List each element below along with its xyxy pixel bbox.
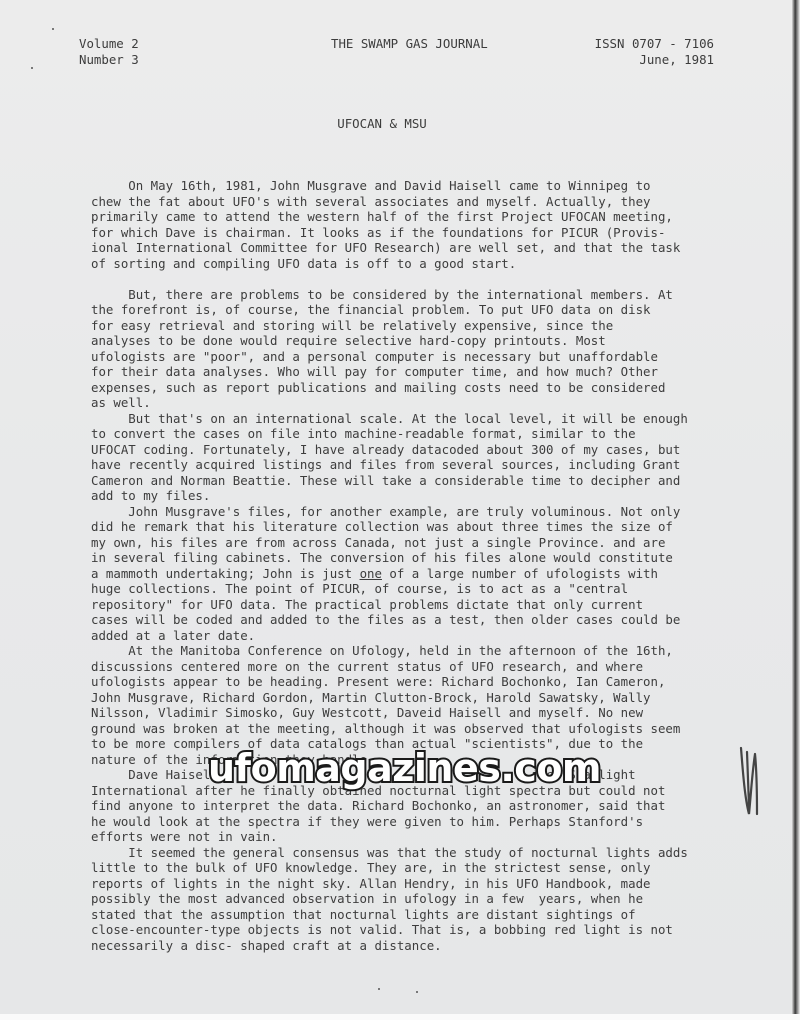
paragraph-gap [91,271,731,287]
text-line: he would look at the spectra if they wer… [91,814,731,830]
text-line: the forefront is, of course, the financi… [91,302,731,318]
text-line: primarily came to attend the western hal… [91,209,731,225]
text-line: for their data analyses. Who will pay fo… [91,364,731,380]
text-line: repository" for UFO data. The practical … [91,597,731,613]
journal-title: THE SWAMP GAS JOURNAL [331,36,488,52]
text-line: cases will be coded and added to the fil… [91,612,731,628]
text-line: as well. [91,395,731,411]
underlined-word: one [360,566,382,581]
text-line: But, there are problems to be considered… [91,287,731,303]
paragraph: It seemed the general consensus was that… [91,845,731,954]
document-page: Volume 2Number 3 THE SWAMP GAS JOURNAL I… [0,0,792,1014]
watermark: ufomagazines.com ufomagazines.com [208,748,578,788]
text-line: did he remark that his literature collec… [91,519,731,535]
text-line: possibly the most advanced observation i… [91,891,731,907]
text-line: a mammoth undertaking; John is just one … [91,566,731,582]
paper-speck [52,28,54,30]
publication-info: ISSN 0707 - 7106June, 1981 [588,36,714,68]
text-line: find anyone to interpret the data. Richa… [91,798,731,814]
paragraph: But, there are problems to be considered… [91,287,731,411]
text-line: to convert the cases on file into machin… [91,426,731,442]
text-line: At the Manitoba Conference on Ufology, h… [91,643,731,659]
date-label: June, 1981 [588,52,714,68]
text-line: add to my files. [91,488,731,504]
issn-label: ISSN 0707 - 7106 [588,36,714,52]
number-label: Number 3 [79,52,139,68]
text-line: But that's on an international scale. At… [91,411,731,427]
text-line: added at a later date. [91,628,731,644]
text-line: discussions centered more on the current… [91,659,731,675]
text-line: necessarily a disc- shaped craft at a di… [91,938,731,954]
text-line: Nilsson, Vladimir Simosko, Guy Westcott,… [91,705,731,721]
text-line: chew the fat about UFO's with several as… [91,194,731,210]
text-line: analyses to be done would require select… [91,333,731,349]
paragraph: But that's on an international scale. At… [91,411,731,504]
text-line: reports of lights in the night sky. Alla… [91,876,731,892]
text-line: in several filing cabinets. The conversi… [91,550,731,566]
text-line: for which Dave is chairman. It looks as … [91,225,731,241]
text-line: John Musgrave's files, for another examp… [91,504,731,520]
page-bottom-edge [0,1014,800,1020]
text-line: ground was broken at the meeting, althou… [91,721,731,737]
paper-speck [378,988,380,990]
volume-label: Volume 2 [79,36,139,52]
text-line: stated that the assumption that nocturna… [91,907,731,923]
text-line: On May 16th, 1981, John Musgrave and Dav… [91,178,731,194]
text-line: Cameron and Norman Beattie. These will t… [91,473,731,489]
text-line: expenses, such as report publications an… [91,380,731,396]
paper-speck [416,991,418,993]
article-body: On May 16th, 1981, John Musgrave and Dav… [91,178,731,953]
text-line: for easy retrieval and storing will be r… [91,318,731,334]
watermark-fill: ufomagazines.com [208,748,601,788]
paper-speck [31,67,33,69]
text-line: efforts were not in vain. [91,829,731,845]
text-line: John Musgrave, Richard Gordon, Martin Cl… [91,690,731,706]
text-line: close-encounter-type objects is not vali… [91,922,731,938]
handwritten-mark-icon [737,744,767,824]
text-line: my own, his files are from across Canada… [91,535,731,551]
text-line: little to the bulk of UFO knowledge. The… [91,860,731,876]
issue-info: Volume 2Number 3 [79,36,139,68]
text-line: It seemed the general consensus was that… [91,845,731,861]
text-line: have recently acquired listings and file… [91,457,731,473]
page-edge-shadow [792,0,800,1020]
text-line: ufologists are "poor", and a personal co… [91,349,731,365]
paragraph: On May 16th, 1981, John Musgrave and Dav… [91,178,731,271]
text-line: UFOCAT coding. Fortunately, I have alrea… [91,442,731,458]
paragraph: John Musgrave's files, for another examp… [91,504,731,644]
text-line: ufologists appear to be heading. Present… [91,674,731,690]
text-line: ional International Committee for UFO Re… [91,240,731,256]
text-line: of sorting and compiling UFO data is off… [91,256,731,272]
text-line: huge collections. The point of PICUR, of… [91,581,731,597]
article-title: UFOCAN & MSU [272,116,492,131]
